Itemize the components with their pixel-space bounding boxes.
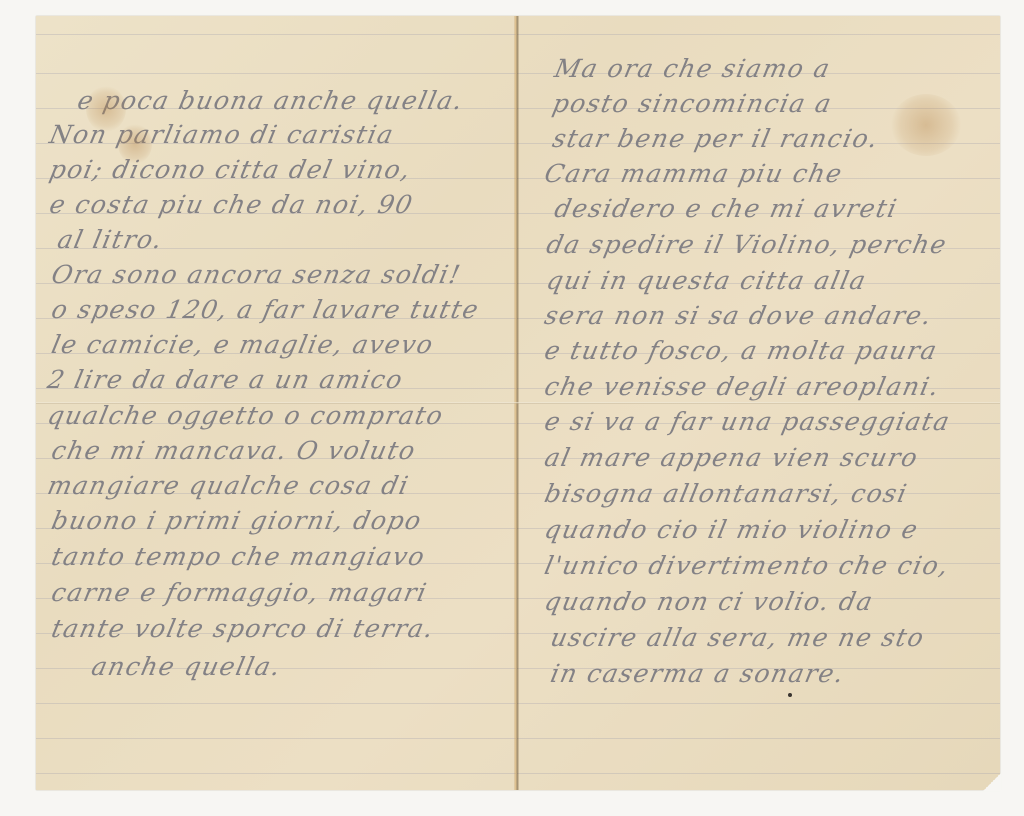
handwritten-line: e poca buona anche quella. bbox=[75, 86, 467, 115]
handwritten-line: Cara mamma piu che bbox=[542, 159, 846, 188]
handwritten-line: che venisse degli areoplani. bbox=[542, 372, 943, 401]
ink-dot bbox=[788, 693, 792, 697]
handwritten-line: tante volte sporco di terra. bbox=[49, 614, 437, 643]
handwritten-line: che mi mancava. O voluto bbox=[49, 436, 419, 465]
handwritten-line: mangiare qualche cosa di bbox=[45, 471, 412, 500]
handwritten-line: al mare appena vien scuro bbox=[542, 443, 921, 472]
handwritten-line: l'unico divertimento che cio, bbox=[542, 551, 952, 580]
handwritten-line: e costa piu che da noi, 90 bbox=[47, 190, 416, 219]
handwritten-line: quando cio il mio violino e bbox=[542, 515, 921, 544]
handwritten-line: in caserma a sonare. bbox=[548, 659, 848, 688]
handwritten-line: e tutto fosco, a molta paura bbox=[542, 336, 941, 365]
torn-corner bbox=[983, 773, 1001, 791]
handwritten-line: posto sincomincia a bbox=[550, 89, 835, 118]
handwritten-line: buono i primi giorni, dopo bbox=[49, 506, 425, 535]
handwritten-line: e si va a far una passeggiata bbox=[542, 407, 953, 436]
stain bbox=[86, 86, 126, 132]
letter-paper: e poca buona anche quella. Non parliamo … bbox=[36, 16, 1000, 790]
handwritten-line: uscire alla sera, me ne sto bbox=[548, 623, 928, 652]
stain bbox=[891, 94, 961, 156]
handwritten-line: desidero e che mi avreti bbox=[552, 194, 901, 223]
handwritten-line: star bene per il rancio. bbox=[550, 124, 882, 153]
handwritten-line: qualche oggetto o comprato bbox=[45, 401, 447, 430]
handwritten-line: Ma ora che siamo a bbox=[552, 54, 834, 83]
stain bbox=[118, 124, 152, 164]
handwritten-line: da spedire il Violino, perche bbox=[544, 230, 950, 259]
handwritten-line: poi; dicono citta del vino, bbox=[47, 155, 414, 184]
handwritten-line: o speso 120, a far lavare tutte bbox=[49, 295, 482, 324]
handwritten-line: al litro. bbox=[55, 225, 166, 254]
handwritten-line: le camicie, e maglie, avevo bbox=[49, 330, 437, 359]
handwritten-line: quando non ci volio. da bbox=[542, 587, 877, 616]
handwritten-line: tanto tempo che mangiavo bbox=[49, 542, 428, 571]
handwritten-line: carne e formaggio, magari bbox=[49, 578, 430, 607]
handwritten-line: anche quella. bbox=[89, 652, 284, 681]
handwritten-line: bisogna allontanarsi, cosi bbox=[542, 479, 911, 508]
handwritten-line: 2 lire da dare a un amico bbox=[45, 365, 406, 394]
handwritten-line: qui in questa citta alla bbox=[544, 266, 870, 295]
handwritten-line: sera non si sa dove andare. bbox=[542, 301, 935, 330]
handwritten-line: Ora sono ancora senza soldi! bbox=[49, 260, 464, 289]
horizontal-fold bbox=[36, 402, 1000, 404]
